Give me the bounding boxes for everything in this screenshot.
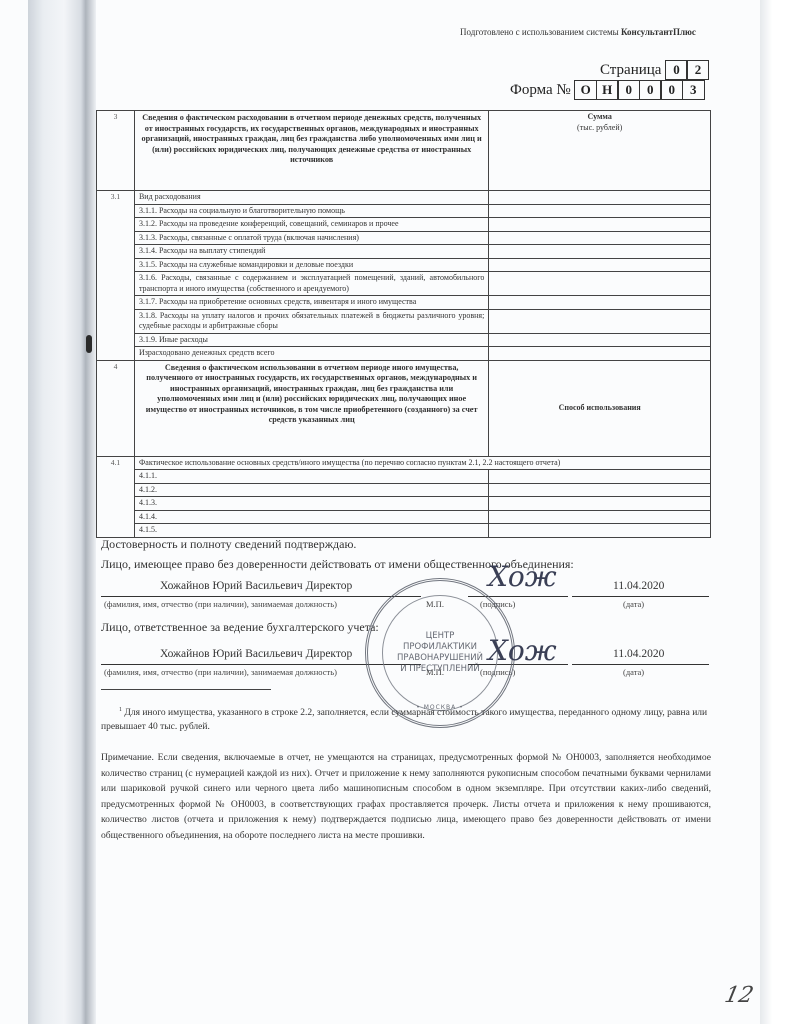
sum-header: Сумма — [493, 112, 706, 123]
total-value[interactable] — [489, 347, 711, 361]
signer1-name-position: Хожайнов Юрий Васильевич Директор — [160, 580, 352, 592]
table-row: 4.1.3. — [97, 497, 711, 511]
footnote-marker: 1 — [119, 707, 122, 713]
section4-header-row: 4 Сведения о фактическом использовании в… — [97, 360, 711, 456]
form-note: Примечание. Если сведения, включаемые в … — [101, 750, 711, 843]
section41-number: 4.1 — [97, 456, 135, 537]
table-row: 4.1.2. — [97, 483, 711, 497]
table-row: 3.1.7. Расходы на приобретение основных … — [97, 296, 711, 310]
form-digit: 0 — [660, 80, 683, 100]
form-digit: 0 — [617, 80, 640, 100]
signer2-date: 11.04.2020 — [613, 648, 664, 660]
footnote-text: Для иного имущества, указанного в строке… — [101, 708, 707, 732]
total-label: Израсходовано денежных средств всего — [134, 347, 488, 361]
signer2-date-line — [572, 664, 709, 665]
table-row: 3.1.1. Расходы на социальную и благотвор… — [97, 204, 711, 218]
report-table: 3 Сведения о фактическом расходовании в … — [96, 110, 711, 538]
prepared-note: Подготовлено с использованием системы Ко… — [460, 27, 696, 37]
prepared-note-brand: КонсультантПлюс — [621, 27, 696, 37]
expense-row-label: 3.1.4. Расходы на выплату стипендий — [134, 245, 488, 259]
table-row: 3.1.8. Расходы на уплату налогов и прочи… — [97, 309, 711, 333]
expense-row-value[interactable] — [489, 258, 711, 272]
form-number-box: Форма № О Н 0 0 0 3 — [510, 80, 705, 100]
sum-unit: (тыс. рублей) — [493, 123, 706, 134]
sum-column-header: Сумма (тыс. рублей) — [489, 111, 711, 191]
section3-number: 3 — [97, 111, 135, 191]
expense-row-value[interactable] — [489, 218, 711, 232]
section3-title: Сведения о фактическом расходовании в от… — [134, 111, 488, 191]
prepared-note-prefix: Подготовлено с использованием системы — [460, 27, 621, 37]
table-row: 3.1.5. Расходы на служебные командировки… — [97, 258, 711, 272]
confirmation-line: Достоверность и полноту сведений подтвер… — [101, 537, 356, 552]
total-row: Израсходовано денежных средств всего — [97, 347, 711, 361]
expense-row-label: 3.1.8. Расходы на уплату налогов и прочи… — [134, 309, 488, 333]
page-digit: 2 — [686, 60, 709, 80]
section3-header-row: 3 Сведения о фактическом расходовании в … — [97, 111, 711, 191]
expense-row-value[interactable] — [489, 204, 711, 218]
expense-row-label: 3.1.3. Расходы, связанные с оплатой труд… — [134, 231, 488, 245]
table-row: 3.1.3. Расходы, связанные с оплатой труд… — [97, 231, 711, 245]
table-row: 3.1.4. Расходы на выплату стипендий — [97, 245, 711, 259]
form-digit: 0 — [639, 80, 662, 100]
section31-number: 3.1 — [97, 191, 135, 361]
property-row-label: 4.1.3. — [134, 497, 488, 511]
table-row: 4.1.5. — [97, 524, 711, 538]
table-row: 4.1.1. — [97, 470, 711, 484]
page-edge — [760, 0, 791, 1024]
usage-header: Способ использования — [489, 360, 711, 456]
expense-row-label: 3.1.1. Расходы на социальную и благотвор… — [134, 204, 488, 218]
signer1-caption-date: (дата) — [623, 599, 644, 609]
footnote-divider — [101, 689, 271, 690]
binding-shadow — [86, 0, 96, 1024]
binding-gutter — [28, 0, 88, 1024]
footnote: 1 Для иного имущества, указанного в стро… — [101, 703, 711, 734]
expense-row-value[interactable] — [489, 191, 711, 205]
signer2-caption-date: (дата) — [623, 667, 644, 677]
signer1-date-line — [572, 596, 709, 597]
form-digit: Н — [596, 80, 619, 100]
handwritten-signature: Хож — [488, 634, 557, 667]
table-row: 4.1.4. — [97, 510, 711, 524]
table-row: 3.1.2. Расходы на проведение конференций… — [97, 218, 711, 232]
page-number-box: Страница 0 2 — [600, 60, 709, 80]
property-row-label: 4.1.5. — [134, 524, 488, 538]
section4-number: 4 — [97, 360, 135, 456]
property-row-value[interactable] — [489, 524, 711, 538]
table-row: 3.1.6. Расходы, связанные с содержанием … — [97, 272, 711, 296]
property-row-value[interactable] — [489, 470, 711, 484]
expense-row-value[interactable] — [489, 245, 711, 259]
stamp-inner-ring — [382, 595, 498, 711]
handwritten-page-number: 12 — [722, 983, 755, 1008]
property-row-value[interactable] — [489, 483, 711, 497]
section31-row: 3.1 Вид расходования — [97, 191, 711, 205]
signer1-name-line — [101, 596, 421, 597]
page-digit: 0 — [665, 60, 688, 80]
form-digit: О — [574, 80, 597, 100]
property-row-label: 4.1.1. — [134, 470, 488, 484]
handwritten-signature: Хож — [488, 560, 557, 593]
expense-row-value[interactable] — [489, 231, 711, 245]
expense-row-label: 3.1.6. Расходы, связанные с содержанием … — [134, 272, 488, 296]
accountant-label: Лицо, ответственное за ведение бухгалтер… — [101, 620, 379, 635]
signer1-caption-name: (фамилия, имя, отчество (при наличии), з… — [104, 599, 337, 609]
form-digit: 3 — [682, 80, 705, 100]
expense-row-value[interactable] — [489, 333, 711, 347]
signer2-name-position: Хожайнов Юрий Васильевич Директор — [160, 648, 352, 660]
ink-mark — [86, 335, 92, 353]
expense-row-label: Вид расходования — [134, 191, 488, 205]
signer2-caption-name: (фамилия, имя, отчество (при наличии), з… — [104, 667, 337, 677]
property-row-value[interactable] — [489, 510, 711, 524]
page-label: Страница — [600, 62, 661, 79]
section41-title: Фактическое использование основных средс… — [134, 456, 710, 470]
expense-row-value[interactable] — [489, 296, 711, 310]
property-row-label: 4.1.2. — [134, 483, 488, 497]
expense-row-label: 3.1.2. Расходы на проведение конференций… — [134, 218, 488, 232]
section4-title: Сведения о фактическом использовании в о… — [134, 360, 488, 456]
table-row: 3.1.9. Иные расходы — [97, 333, 711, 347]
section41-row: 4.1 Фактическое использование основных с… — [97, 456, 711, 470]
expense-row-label: 3.1.9. Иные расходы — [134, 333, 488, 347]
form-label: Форма № — [510, 82, 571, 99]
property-row-value[interactable] — [489, 497, 711, 511]
expense-row-value[interactable] — [489, 309, 711, 333]
signer1-date: 11.04.2020 — [613, 580, 664, 592]
expense-row-label: 3.1.5. Расходы на служебные командировки… — [134, 258, 488, 272]
property-row-label: 4.1.4. — [134, 510, 488, 524]
expense-row-label: 3.1.7. Расходы на приобретение основных … — [134, 296, 488, 310]
expense-row-value[interactable] — [489, 272, 711, 296]
